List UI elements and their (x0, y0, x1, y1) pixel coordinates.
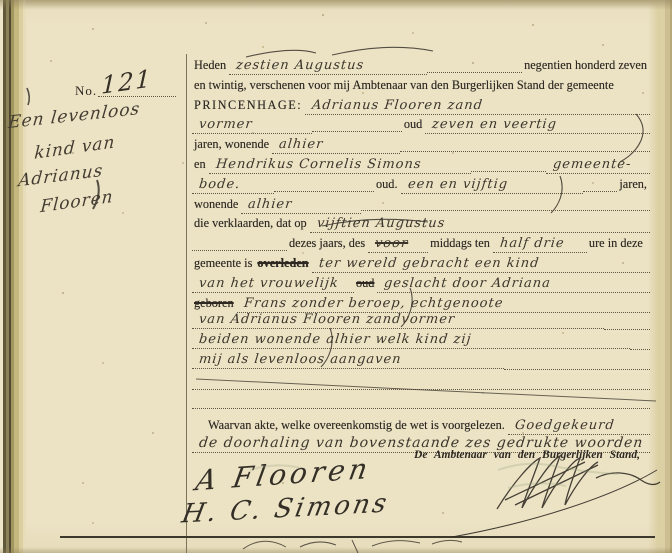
dotted-rule (427, 71, 522, 73)
form-line: beiden wonende alhier welk kind zij (192, 333, 650, 353)
handwritten-child-sex: van het vrouwelijk (192, 277, 356, 293)
blank-form-line (192, 393, 650, 413)
form-line: Heden zestien Augustus negentien honderd… (192, 56, 650, 76)
form-line: die verklaarden, dat op vijftien Augustu… (192, 214, 650, 234)
printed-struck-geboren: geboren (192, 294, 237, 314)
dotted-rule (583, 190, 618, 192)
form-line: mij als levenloos aangaven (192, 353, 650, 373)
form-line: jaren, wonende alhier (192, 135, 650, 155)
printed-text: wonende (192, 195, 241, 215)
printed-text: negentien honderd zeven (522, 56, 650, 76)
handwritten-mother-name: Frans zonder beroep, echtgenoote (237, 297, 652, 313)
handwritten-date: zestien Augustus (229, 59, 429, 75)
handwritten-parents-residence: beiden wonende alhier welk kind zij (192, 333, 632, 349)
handwritten-residence1: alhier (272, 138, 402, 154)
dotted-rule (400, 150, 650, 152)
form-line: PRINCENHAGE: Adrianus Flooren zand (192, 96, 650, 116)
dotted-rule (192, 407, 650, 409)
page-right-edge (648, 0, 672, 553)
printed-text: ure in deze (587, 234, 646, 254)
printed-text: oud (402, 115, 425, 135)
form-line: bode. oud. een en vijftig jaren, (192, 175, 650, 195)
dotted-rule (192, 388, 650, 390)
printed-text: die verklaarden, dat op (192, 214, 310, 234)
record-separator-rule (60, 536, 655, 538)
printed-text: middags ten (428, 234, 493, 254)
dotted-rule (630, 348, 650, 350)
handwritten-declarant1-name: Adrianus Flooren zand (305, 99, 651, 115)
form-line: van Adrianus Flooren zandvormer (192, 313, 650, 333)
handwritten-mother-intro: geslacht door Adriana (377, 277, 651, 293)
handwritten-declarant2-occupation: gemeente- (546, 158, 652, 174)
printed-text: Heden (192, 56, 229, 76)
form-line: en Hendrikus Cornelis Simons gemeente- (192, 155, 650, 175)
record-number-value: 121 (101, 64, 153, 100)
handwritten-event-time: half drie (493, 237, 589, 253)
handwritten-declarant2-name: Hendrikus Cornelis Simons (209, 158, 473, 174)
printed-text: jaren, wonende (192, 135, 272, 155)
margin-note-line: Adrianus (17, 161, 104, 192)
form-line: gemeente is overleden ter wereld gebrach… (192, 254, 650, 274)
handwritten-approval-1: Goedgekeurd (508, 419, 652, 435)
printed-text: en (192, 155, 209, 175)
form-line: wonende alhier (192, 195, 650, 215)
printed-text: jaren, (617, 175, 650, 195)
form-line: Waarvan akte, welke overeenkomstig de we… (192, 416, 650, 436)
handwritten-declarant1-age: zeven en veertig (425, 118, 651, 134)
handwritten-declarant2-age: een en vijftig (401, 178, 585, 194)
handwritten-event-date: vijftien Augustus (310, 217, 652, 233)
printed-text: en twintig, verschenen voor mij Ambtenaa… (192, 76, 617, 96)
dotted-rule (504, 368, 650, 370)
printed-municipality: PRINCENHAGE: (192, 96, 305, 116)
form-line: en twintig, verschenen voor mij Ambtenaa… (192, 76, 650, 96)
form-line: van het vrouwelijk oud geslacht door Adr… (192, 274, 650, 294)
printed-struck-oud: oud (354, 274, 377, 294)
margin-note-line: kind van (34, 132, 116, 164)
handwritten-struck-voor: voor (368, 237, 430, 253)
form-line: geboren Frans zonder beroep, echtgenoote (192, 294, 650, 314)
registry-page-scan: No. 121 Een levenloos kind van Adrianus … (0, 0, 672, 553)
record-number-label: No. (75, 83, 97, 98)
handwritten-declarant1-occupation: vormer (192, 118, 314, 134)
book-spine-edge (0, 0, 26, 553)
handwritten-residence2: alhier (241, 198, 363, 214)
record-number-block: No. 121 (75, 82, 175, 100)
margin-note-line: Een levenloos (7, 99, 141, 133)
blank-form-line (192, 373, 650, 393)
official-title: De Ambtenaar van den Burgerlijken Stand, (398, 449, 656, 461)
dotted-rule (471, 170, 546, 172)
printed-struck-overleden: overleden (255, 254, 311, 274)
dotted-rule (274, 190, 374, 192)
page-bottom-edge (0, 547, 672, 553)
dotted-rule (604, 328, 650, 330)
margin-vertical-rule (186, 54, 187, 553)
official-signature (452, 456, 660, 537)
printed-text: gemeente is (192, 254, 255, 274)
printed-text: dezes jaars, des (287, 234, 368, 254)
printed-closing: Waarvan akte, welke overeenkomstig de we… (206, 416, 508, 436)
handwritten-lifeless-declaration: mij als levenloos aangaven (192, 353, 506, 369)
printed-text: oud. (374, 175, 401, 195)
act-body: Heden zestien Augustus negentien honderd… (192, 56, 650, 456)
handwritten-stillbirth-text: ter wereld gebracht een kind (312, 257, 652, 273)
handwritten-father-name: van Adrianus Flooren zandvormer (192, 313, 606, 329)
form-line: vormer oud zeven en veertig (192, 115, 650, 135)
form-line: dezes jaars, des voor middags ten half d… (192, 234, 650, 254)
dotted-rule (312, 130, 402, 132)
dotted-rule (361, 209, 650, 211)
dotted-rule (192, 249, 287, 251)
handwritten-declarant2-occupation-cont: bode. (192, 178, 276, 194)
page-top-edge (0, 0, 672, 10)
margin-note-line: Flooren (40, 187, 115, 218)
